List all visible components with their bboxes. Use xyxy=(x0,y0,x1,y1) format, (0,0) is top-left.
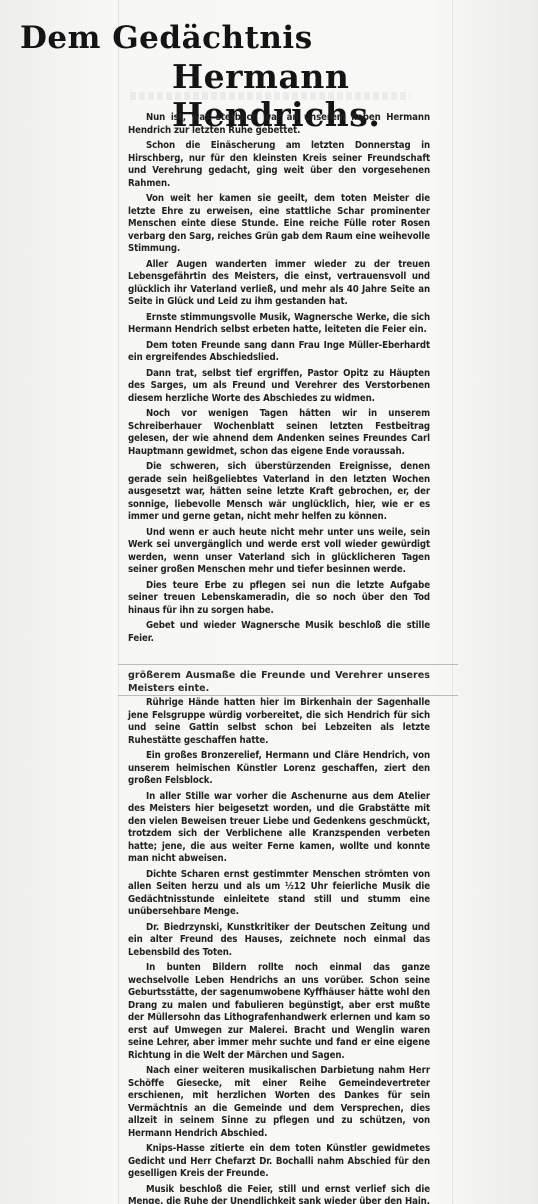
paragraph: Nach einer weiteren musikalischen Darbie… xyxy=(128,1065,430,1140)
clipping-cut-line xyxy=(118,695,458,696)
paragraph: Dichte Scharen ernst gestimmter Menschen… xyxy=(128,869,430,919)
headline-line-1: Dem Gedächtnis xyxy=(20,20,530,56)
paragraph: Die schweren, sich überstürzenden Ereign… xyxy=(128,461,430,524)
paragraph: Schon die Einäscherung am letzten Donner… xyxy=(128,140,430,190)
paragraph: Dann trat, selbst tief ergriffen, Pastor… xyxy=(128,368,430,406)
clipping-edge xyxy=(452,0,453,1204)
paragraph: Dr. Biedrzynski, Kunstkritiker der Deuts… xyxy=(128,922,430,960)
clipping-cut-line xyxy=(118,664,458,665)
clipping-edge xyxy=(118,0,119,1204)
paragraph: Knips-Hasse zitierte ein dem toten Künst… xyxy=(128,1143,430,1181)
paragraph: Von weit her kamen sie geeilt, dem toten… xyxy=(128,193,430,256)
paragraph: In aller Stille war vorher die Aschenurn… xyxy=(128,791,430,866)
newspaper-clipping: Dem Gedächtnis Hermann Hendrichs. Nun is… xyxy=(0,0,538,1204)
paragraph: Gebet und wieder Wagnersche Musik beschl… xyxy=(128,620,430,645)
paragraph: Dem toten Freunde sang dann Frau Inge Mü… xyxy=(128,340,430,365)
paragraph: Dies teure Erbe zu pflegen sei nun die l… xyxy=(128,580,430,618)
paragraph: Und wenn er auch heute nicht mehr unter … xyxy=(128,527,430,577)
article-column-part-1: Nun ist, was sterblich war an unserem li… xyxy=(128,112,430,648)
paragraph: Nun ist, was sterblich war an unserem li… xyxy=(128,112,430,137)
bleed-through-text xyxy=(130,92,410,100)
article-fragment: größerem Ausmaße die Freunde und Verehre… xyxy=(128,670,430,695)
paragraph: Rührige Hände hatten hier im Birkenhain … xyxy=(128,697,430,747)
paragraph: Musik beschloß die Feier, still und erns… xyxy=(128,1184,430,1204)
paragraph: Aller Augen wanderten immer wieder zu de… xyxy=(128,259,430,309)
paragraph: In bunten Bildern rollte noch einmal das… xyxy=(128,962,430,1062)
paragraph: Ernste stimmungsvolle Musik, Wagnersche … xyxy=(128,312,430,337)
paragraph: Ein großes Bronzerelief, Hermann und Clä… xyxy=(128,750,430,788)
paragraph: Noch vor wenigen Tagen hätten wir in uns… xyxy=(128,408,430,458)
article-column-part-2: Rührige Hände hatten hier im Birkenhain … xyxy=(128,697,430,1204)
